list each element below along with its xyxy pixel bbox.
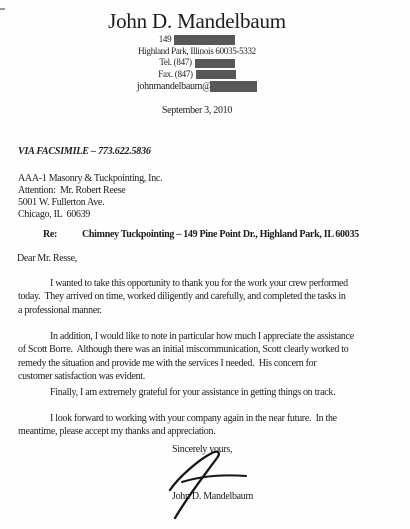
text-line: Finally, I am extremely grateful for you… (18, 386, 403, 399)
body-paragraph-4: I look forward to working with your comp… (18, 412, 403, 439)
letterhead-city-line: Highland Park, Illinois 60035-5332 (0, 46, 402, 58)
body-paragraph-3: Finally, I am extremely grateful for you… (18, 386, 403, 399)
text-line: a professional manner. (18, 304, 403, 317)
letter-date: September 3, 2010 (0, 105, 402, 116)
letterhead-fax-line: Fax. (847) (0, 69, 402, 81)
body-paragraph-2: In addition, I would like to note in par… (18, 330, 403, 383)
letterhead: John D. Mandelbaum 149 Highland Park, Il… (0, 8, 402, 93)
text-line: 5001 W. Fullerton Ave. (18, 197, 162, 209)
redaction-bar-fax (196, 70, 236, 79)
letterhead-name: John D. Mandelbaum (0, 8, 402, 34)
text-line: customer satisfaction was evident. (18, 370, 403, 383)
recipient-address-block: AAA-1 Masonry & Tuckpointing, Inc.Attent… (18, 173, 162, 221)
redaction-bar-tel (195, 59, 235, 68)
handwritten-signature (158, 446, 258, 521)
subject-text: Chimney Tuckpointing – 149 Pine Point Dr… (82, 229, 359, 240)
text-line: today. They arrived on time, worked dili… (18, 290, 403, 303)
salutation: Dear Mr. Resse, (17, 253, 77, 264)
letterhead-street-line: 149 (0, 34, 402, 46)
fax-prefix: Fax. (847) (158, 69, 193, 81)
text-line: AAA-1 Masonry & Tuckpointing, Inc. (18, 173, 162, 185)
typed-signature-name: John D. Mandelbaum (172, 491, 253, 502)
via-facsimile-line: VIA FACSIMILE – 773.622.5836 (18, 146, 151, 157)
letterhead-email-line: johnmandelbaum@ (0, 81, 402, 93)
subject-label: Re: (43, 229, 67, 240)
body-paragraph-1: I wanted to take this opportunity to tha… (18, 277, 403, 317)
text-line: meantime, please accept my thanks and ap… (18, 425, 403, 438)
text-line: In addition, I would like to note in par… (18, 330, 403, 343)
text-line: Attention: Mr. Robert Reese (18, 185, 162, 197)
text-line: Chicago, IL 60639 (18, 209, 162, 221)
text-line: I look forward to working with your comp… (18, 412, 403, 425)
text-line: remedy the situation and provide me with… (18, 357, 403, 370)
redaction-bar-email (210, 81, 257, 92)
letterhead-tel-line: Tel. (847) (0, 57, 402, 69)
text-line: of Scott Borre. Although there was an in… (18, 343, 403, 356)
tel-prefix: Tel. (847) (159, 57, 191, 69)
text-line: I wanted to take this opportunity to tha… (18, 277, 403, 290)
street-number: 149 (159, 34, 172, 46)
redaction-bar-street (174, 35, 235, 45)
subject-line: Re: Chimney Tuckpointing – 149 Pine Poin… (18, 229, 398, 240)
email-prefix: johnmandelbaum@ (137, 81, 211, 93)
scanned-letter-page: John D. Mandelbaum 149 Highland Park, Il… (0, 0, 410, 529)
